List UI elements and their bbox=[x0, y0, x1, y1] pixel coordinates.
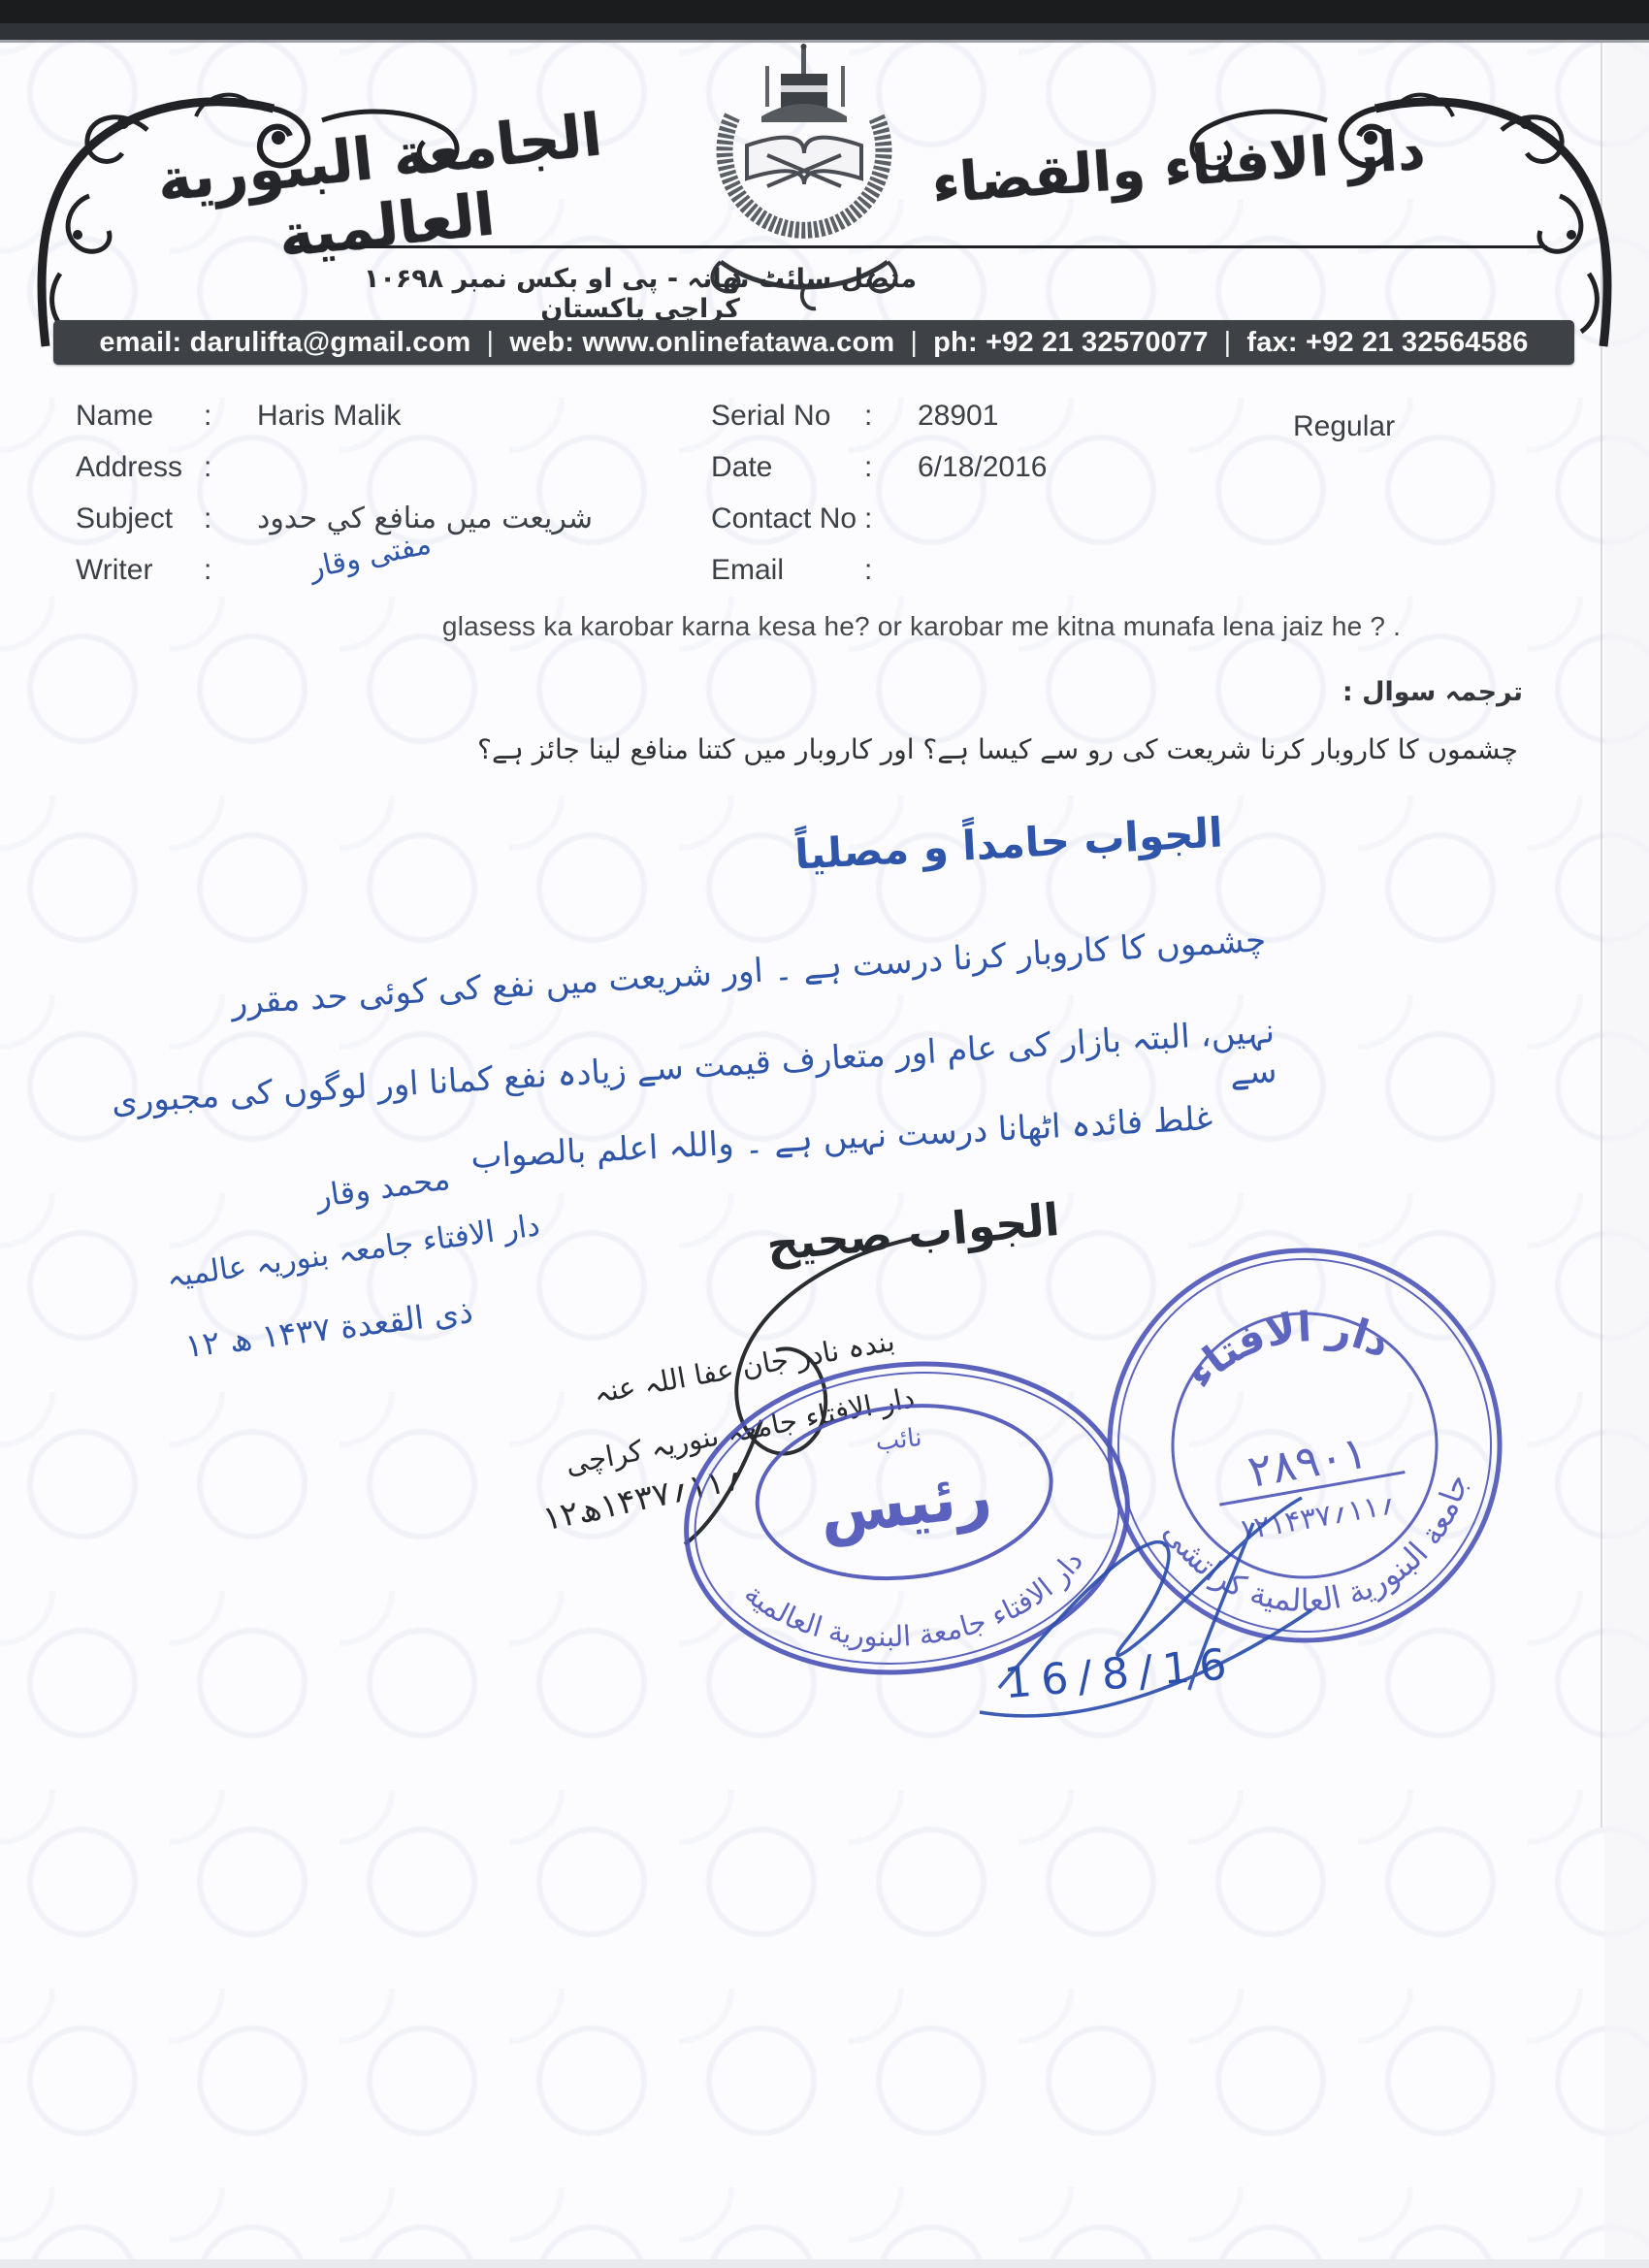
contact-separator: | bbox=[1224, 327, 1232, 359]
scan-paper-right-margin bbox=[1604, 43, 1649, 2264]
subject-label: Subject bbox=[76, 502, 204, 535]
field-colon: : bbox=[864, 451, 918, 484]
field-row-subject: Subject : شریعت میں منافع کي حدود bbox=[76, 493, 658, 544]
contact-fax: fax: +92 21 32564586 bbox=[1246, 327, 1528, 359]
field-colon: : bbox=[864, 502, 918, 535]
name-value: Haris Malik bbox=[257, 400, 401, 433]
serial-label: Serial No bbox=[711, 400, 864, 433]
contact-bar: email: darulifta@gmail.com | web: www.on… bbox=[53, 320, 1574, 365]
serial-value: 28901 bbox=[918, 400, 998, 433]
field-row-email: Email : bbox=[711, 544, 1254, 596]
date-value: 6/18/2016 bbox=[918, 451, 1047, 484]
field-colon: : bbox=[204, 451, 257, 484]
field-row-address: Address : bbox=[76, 441, 658, 493]
field-row-serial: Serial No : 28901 bbox=[711, 390, 1254, 441]
answer-heading-handwritten: الجواب حامداً و مصلياً bbox=[736, 805, 1281, 881]
question-english: glasess ka karobar karna kesa he? or kar… bbox=[417, 611, 1426, 642]
category-label: Regular bbox=[1293, 410, 1395, 443]
field-colon: : bbox=[204, 400, 257, 433]
writer-label: Writer bbox=[76, 554, 204, 587]
field-colon: : bbox=[864, 400, 918, 433]
contact-separator: | bbox=[910, 327, 918, 359]
form-right-column: Serial No : 28901 Date : 6/18/2016 Conta… bbox=[711, 390, 1254, 596]
field-row-date: Date : 6/18/2016 bbox=[711, 441, 1254, 493]
answer-line-1: چشموں کا کاروبار کرنا درست ہے ۔ اور شریع… bbox=[59, 920, 1267, 1033]
scan-artifact-top-bar bbox=[0, 0, 1649, 23]
email-label: Email bbox=[711, 554, 864, 587]
contact-no-label: Contact No bbox=[711, 502, 864, 535]
question-urdu: چشموں کا کاروبار کرنا شریعت کی رو سے کیس… bbox=[446, 733, 1518, 765]
address-label: Address bbox=[76, 451, 204, 484]
document-paper: الجامعة البنورية العالمية دار الافتاء وا… bbox=[0, 0, 1649, 2268]
header-divider bbox=[291, 245, 1547, 248]
scanned-fatwa-document: { "header": { "title_left": "الجامعة الب… bbox=[0, 0, 1649, 2268]
svg-text:دار الافتاء: دار الافتاء bbox=[1169, 1286, 1405, 1402]
round-stamp-top-text: دار الافتاء bbox=[1169, 1286, 1405, 1402]
field-colon: : bbox=[204, 554, 257, 587]
answer-hijri-date: ۱۲ ذی القعدة ۱۴۳۷ ھ bbox=[183, 1292, 475, 1365]
translation-heading: ترجمہ سوال : bbox=[1145, 677, 1523, 707]
contact-phone: ph: +92 21 32570077 bbox=[933, 327, 1209, 359]
name-label: Name bbox=[76, 400, 204, 433]
field-row-contact: Contact No : bbox=[711, 493, 1254, 544]
contact-separator: | bbox=[487, 327, 495, 359]
date-label: Date bbox=[711, 451, 864, 484]
field-colon: : bbox=[864, 554, 918, 587]
answer-office-line: دار الافتاء جامعہ بنوریہ عالمیہ bbox=[164, 1208, 541, 1295]
scan-artifact-top-bar-2 bbox=[0, 23, 1649, 40]
contact-web: web: www.onlinefatawa.com bbox=[509, 327, 894, 359]
contact-email: email: darulifta@gmail.com bbox=[99, 327, 470, 359]
address-line: متصل سائٹ تھانہ - پی او بکس نمبر ۱۰۶۹۸ ک… bbox=[349, 264, 931, 324]
field-colon: : bbox=[204, 502, 257, 535]
oval-stamp-top-text: نائب bbox=[874, 1423, 923, 1457]
field-row-name: Name : Haris Malik bbox=[76, 390, 658, 441]
scan-bottom-edge bbox=[0, 2259, 1649, 2268]
